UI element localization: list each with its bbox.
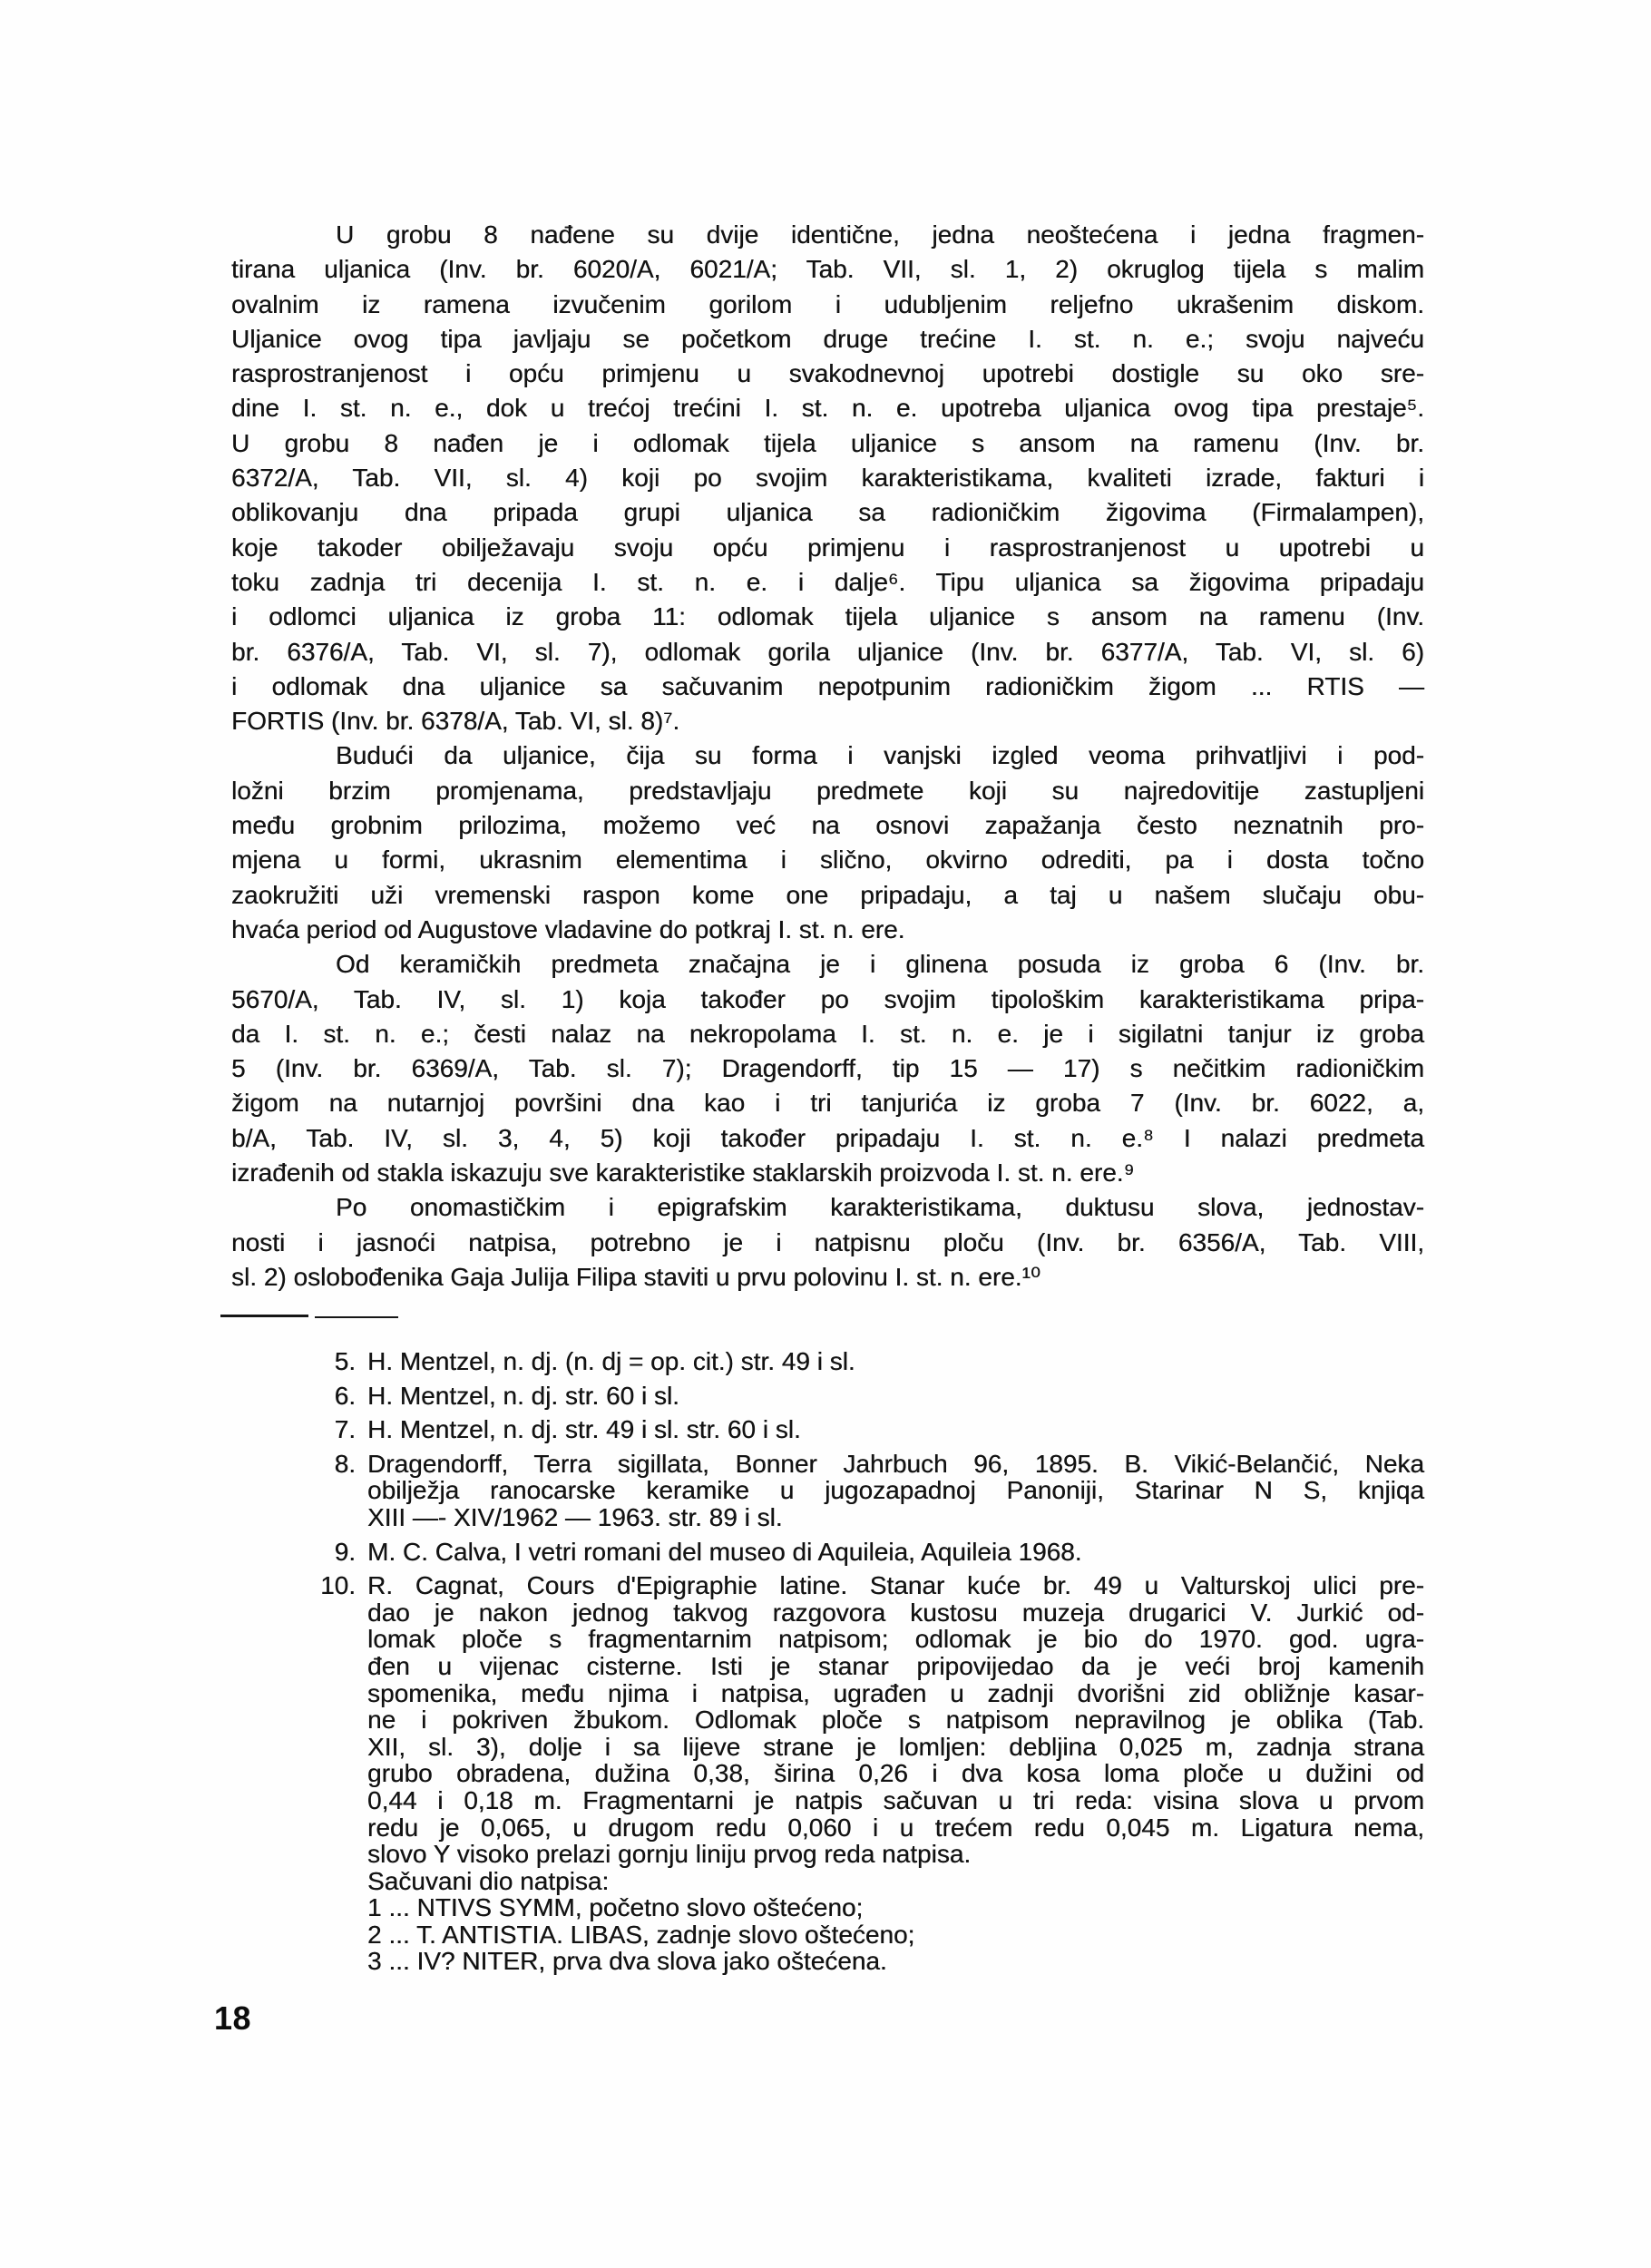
body-text: U grobu 8 nađene su dvije identične, jed… bbox=[231, 218, 1424, 1295]
text-line: oblikovanju dna pripada grupi uljanica s… bbox=[231, 495, 1424, 530]
text-line: lomak ploče s fragmentarnim natpisom; od… bbox=[367, 1626, 1424, 1653]
footnote-text: H. Mentzel, n. dj. (n. dj = op. cit.) st… bbox=[367, 1348, 1424, 1375]
text-line: M. C. Calva, I vetri romani del museo di… bbox=[367, 1539, 1424, 1566]
text-line: b/A, Tab. IV, sl. 3, 4, 5) koji također … bbox=[231, 1121, 1424, 1156]
footnote-item: 8.Dragendorff, Terra sigillata, Bonner J… bbox=[231, 1451, 1424, 1531]
footnote-number: 10. bbox=[231, 1572, 367, 1975]
text-line: Sačuvani dio natpisa: bbox=[367, 1868, 1424, 1895]
text-line: 3 ... IV? NITER, prva dva slova jako ošt… bbox=[367, 1948, 1424, 1975]
separator-segment bbox=[315, 1316, 398, 1318]
text-line: koje takoder obilježavaju svoju opću pri… bbox=[231, 531, 1424, 565]
text-line: 1 ... NTIVS SYMM, početno slovo oštećeno… bbox=[367, 1894, 1424, 1921]
footnote-number: 6. bbox=[231, 1383, 367, 1410]
text-line: tirana uljanica (Inv. br. 6020/A, 6021/A… bbox=[231, 252, 1424, 287]
paragraph: Od keramičkih predmeta značajna je i gli… bbox=[231, 947, 1424, 1190]
footnote-item: 5.H. Mentzel, n. dj. (n. dj = op. cit.) … bbox=[231, 1348, 1424, 1375]
footnote-item: 10.R. Cagnat, Cours d'Epigraphie latine.… bbox=[231, 1572, 1424, 1975]
footnote-list: 5.H. Mentzel, n. dj. (n. dj = op. cit.) … bbox=[231, 1348, 1424, 1982]
text-line: H. Mentzel, n. dj. str. 60 i sl. bbox=[367, 1383, 1424, 1410]
text-line: U grobu 8 nađene su dvije identične, jed… bbox=[231, 218, 1424, 252]
footnote-text: R. Cagnat, Cours d'Epigraphie latine. St… bbox=[367, 1572, 1424, 1975]
text-line: XII, sl. 3), dolje i sa lijeve strane je… bbox=[367, 1734, 1424, 1761]
text-line: i odlomak dna uljanice sa sačuvanim nepo… bbox=[231, 670, 1424, 704]
separator-segment bbox=[220, 1315, 308, 1317]
page-number: 18 bbox=[214, 1999, 251, 2038]
text-line: đen u vijenac cisterne. Isti je stanar p… bbox=[367, 1653, 1424, 1680]
text-line: toku zadnja tri decenija I. st. n. e. i … bbox=[231, 565, 1424, 600]
paragraph: Budući da uljanice, čija su forma i vanj… bbox=[231, 738, 1424, 947]
text-line: zaokružiti uži vremenski raspon kome one… bbox=[231, 878, 1424, 913]
footnote-text: M. C. Calva, I vetri romani del museo di… bbox=[367, 1539, 1424, 1566]
text-line: Od keramičkih predmeta značajna je i gli… bbox=[231, 947, 1424, 982]
footnote-text: Dragendorff, Terra sigillata, Bonner Jah… bbox=[367, 1451, 1424, 1531]
text-line: rasprostranjenost i opću primjenu u svak… bbox=[231, 357, 1424, 391]
text-line: br. 6376/A, Tab. VI, sl. 7), odlomak gor… bbox=[231, 635, 1424, 670]
text-line: U grobu 8 nađen je i odlomak tijela ulja… bbox=[231, 426, 1424, 461]
text-line: sl. 2) oslobođenika Gaja Julija Filipa s… bbox=[231, 1260, 1424, 1295]
text-line: ovalnim iz ramena izvučenim gorilom i ud… bbox=[231, 288, 1424, 322]
text-line: i odlomci uljanica iz groba 11: odlomak … bbox=[231, 600, 1424, 634]
text-line: izrađenih od stakla iskazuju sve karakte… bbox=[231, 1156, 1424, 1190]
footnote-text: H. Mentzel, n. dj. str. 60 i sl. bbox=[367, 1383, 1424, 1410]
footnote-text: H. Mentzel, n. dj. str. 49 i sl. str. 60… bbox=[367, 1416, 1424, 1443]
text-line: H. Mentzel, n. dj. str. 49 i sl. str. 60… bbox=[367, 1416, 1424, 1443]
footnote-item: 6.H. Mentzel, n. dj. str. 60 i sl. bbox=[231, 1383, 1424, 1410]
text-line: Po onomastičkim i epigrafskim karakteris… bbox=[231, 1190, 1424, 1225]
footnote-number: 8. bbox=[231, 1451, 367, 1531]
paragraph: Po onomastičkim i epigrafskim karakteris… bbox=[231, 1190, 1424, 1295]
text-line: mjena u formi, ukrasnim elementima i sli… bbox=[231, 843, 1424, 877]
text-line: hvaća period od Augustove vladavine do p… bbox=[231, 913, 1424, 947]
text-line: spomenika, među njima i natpisa, ugrađen… bbox=[367, 1680, 1424, 1707]
paragraph: U grobu 8 nađene su dvije identične, jed… bbox=[231, 218, 1424, 738]
footnote-number: 5. bbox=[231, 1348, 367, 1375]
text-line: Uljanice ovog tipa javljaju se početkom … bbox=[231, 322, 1424, 357]
text-line: slovo Y visoko prelazi gornju liniju prv… bbox=[367, 1841, 1424, 1868]
text-line: obilježja ranocarske keramike u jugozapa… bbox=[367, 1477, 1424, 1504]
text-line: dine I. st. n. e., dok u trećoj trećini … bbox=[231, 391, 1424, 425]
text-line: 6372/A, Tab. VII, sl. 4) koji po svojim … bbox=[231, 461, 1424, 495]
text-line: Dragendorff, Terra sigillata, Bonner Jah… bbox=[367, 1451, 1424, 1478]
footnote-item: 7.H. Mentzel, n. dj. str. 49 i sl. str. … bbox=[231, 1416, 1424, 1443]
text-line: H. Mentzel, n. dj. (n. dj = op. cit.) st… bbox=[367, 1348, 1424, 1375]
text-line: žigom na nutarnjoj površini dna kao i tr… bbox=[231, 1086, 1424, 1120]
footnote-number: 7. bbox=[231, 1416, 367, 1443]
footnote-item: 9.M. C. Calva, I vetri romani del museo … bbox=[231, 1539, 1424, 1566]
text-line: FORTIS (Inv. br. 6378/A, Tab. VI, sl. 8)… bbox=[231, 704, 1424, 738]
text-line: među grobnim prilozima, možemo već na os… bbox=[231, 808, 1424, 843]
text-line: ne i pokriven žbukom. Odlomak ploče s na… bbox=[367, 1706, 1424, 1734]
text-line: R. Cagnat, Cours d'Epigraphie latine. St… bbox=[367, 1572, 1424, 1599]
text-line: 5670/A, Tab. IV, sl. 1) koja također po … bbox=[231, 982, 1424, 1017]
text-line: XIII —- XIV/1962 — 1963. str. 89 i sl. bbox=[367, 1504, 1424, 1531]
footnote-number: 9. bbox=[231, 1539, 367, 1566]
text-line: Budući da uljanice, čija su forma i vanj… bbox=[231, 738, 1424, 773]
text-line: dao je nakon jednog takvog razgovora kus… bbox=[367, 1599, 1424, 1627]
text-line: grubo obradena, dužina 0,38, širina 0,26… bbox=[367, 1760, 1424, 1787]
text-line: 5 (Inv. br. 6369/A, Tab. sl. 7); Dragend… bbox=[231, 1051, 1424, 1086]
scanned-document-page: U grobu 8 nađene su dvije identične, jed… bbox=[0, 0, 1651, 2268]
footnote-separator bbox=[220, 1315, 398, 1320]
text-line: nosti i jasnoći natpisa, potrebno je i n… bbox=[231, 1226, 1424, 1260]
text-line: redu je 0,065, u drugom redu 0,060 i u t… bbox=[367, 1814, 1424, 1842]
text-line: 0,44 i 0,18 m. Fragmentarni je natpis sa… bbox=[367, 1787, 1424, 1814]
text-line: da I. st. n. e.; česti nalaz na nekropol… bbox=[231, 1017, 1424, 1051]
text-line: ložni brzim promjenama, predstavljaju pr… bbox=[231, 774, 1424, 808]
text-line: 2 ... T. ANTISTIA. LIBAS, zadnje slovo o… bbox=[367, 1921, 1424, 1949]
